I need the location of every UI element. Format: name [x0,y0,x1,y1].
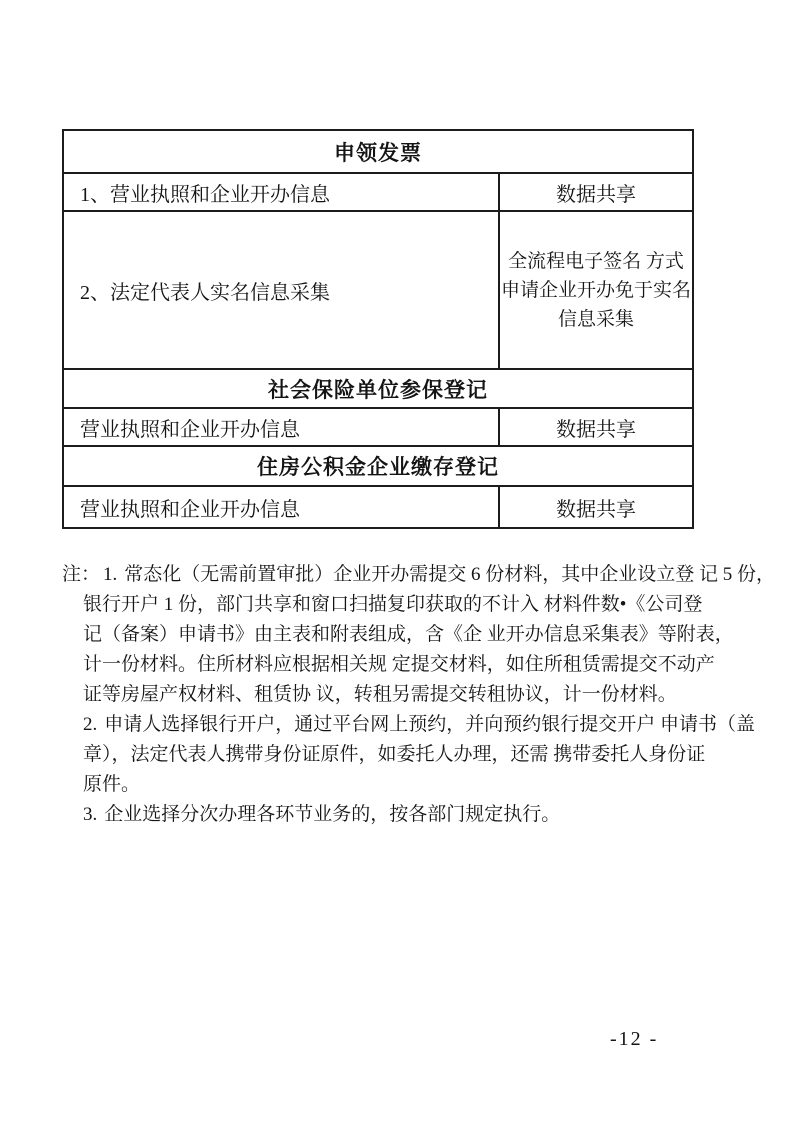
note-number: 2. [83,714,97,735]
note-line: 银行开户 1 份，部门共享和窗口扫描复印获取的不计入 材料件数•《公司登 [62,590,752,620]
section-header-housing-fund: 住房公积金企业缴存登记 [63,446,693,486]
table-row-item: 营业执照和企业开办信息 [63,408,499,446]
note-line: 3.企业选择分次办理各环节业务的，按各部门规定执行。 [62,800,752,830]
note-line: 计一份材料。住所材料应根据相关规 定提交材料，如住所租赁需提交不动产 [62,650,752,680]
note-line: 章），法定代表人携带身份证原件，如委托人办理，还需 携带委托人身份证 [62,740,752,770]
materials-table: 申领发票 1、营业执照和企业开办信息 数据共享 2、法定代表人实名信息采集 全流… [62,129,694,529]
notes-block: 注：1.常态化（无需前置审批）企业开办需提交 6 份材料，其中企业设立登 记 5… [62,560,752,830]
section-header-social-insurance: 社会保险单位参保登记 [63,369,693,408]
note-text: 企业选择分次办理各环节业务的，按各部门规定执行。 [104,804,560,825]
table-section-row: 社会保险单位参保登记 [63,369,693,408]
note-text: 申请人选择银行开户，通过平台网上预约，并向预约银行提交开户 申请书（盖 [104,714,755,735]
table-row-item: 2、法定代表人实名信息采集 [63,211,499,369]
note-label: 注： [62,564,100,585]
note-line: 原件。 [62,770,752,800]
table-row-item: 1、营业执照和企业开办信息 [63,173,499,211]
note-number: 3. [83,804,97,825]
table-section-row: 申领发票 [63,130,693,173]
table-row-value: 全流程电子签名 方式申请企业开办免于实名信息采集 [499,211,693,369]
table-section-row: 住房公积金企业缴存登记 [63,446,693,486]
table-row-value: 数据共享 [499,486,693,528]
document-page: 申领发票 1、营业执照和企业开办信息 数据共享 2、法定代表人实名信息采集 全流… [0,0,793,1122]
table-row-value: 数据共享 [499,173,693,211]
table-row: 1、营业执照和企业开办信息 数据共享 [63,173,693,211]
note-text: 常态化（无需前置审批）企业开办需提交 6 份材料，其中企业设立登 记 5 份， [124,564,775,585]
page-number: -12 - [610,1028,658,1051]
table-row-value: 数据共享 [499,408,693,446]
note-number: 1. [103,564,117,585]
table-row: 营业执照和企业开办信息 数据共享 [63,408,693,446]
note-line: 记（备案）申请书》由主表和附表组成，含《企 业开办信息采集表》等附表， [62,620,752,650]
note-line: 注：1.常态化（无需前置审批）企业开办需提交 6 份材料，其中企业设立登 记 5… [62,560,752,590]
note-line: 证等房屋产权材料、租赁协 议，转租另需提交转租协议，计一份材料。 [62,680,752,710]
table-row: 营业执照和企业开办信息 数据共享 [63,486,693,528]
table-row-item: 营业执照和企业开办信息 [63,486,499,528]
note-line: 2.申请人选择银行开户，通过平台网上预约，并向预约银行提交开户 申请书（盖 [62,710,752,740]
section-header-invoice: 申领发票 [63,130,693,173]
table-row: 2、法定代表人实名信息采集 全流程电子签名 方式申请企业开办免于实名信息采集 [63,211,693,369]
